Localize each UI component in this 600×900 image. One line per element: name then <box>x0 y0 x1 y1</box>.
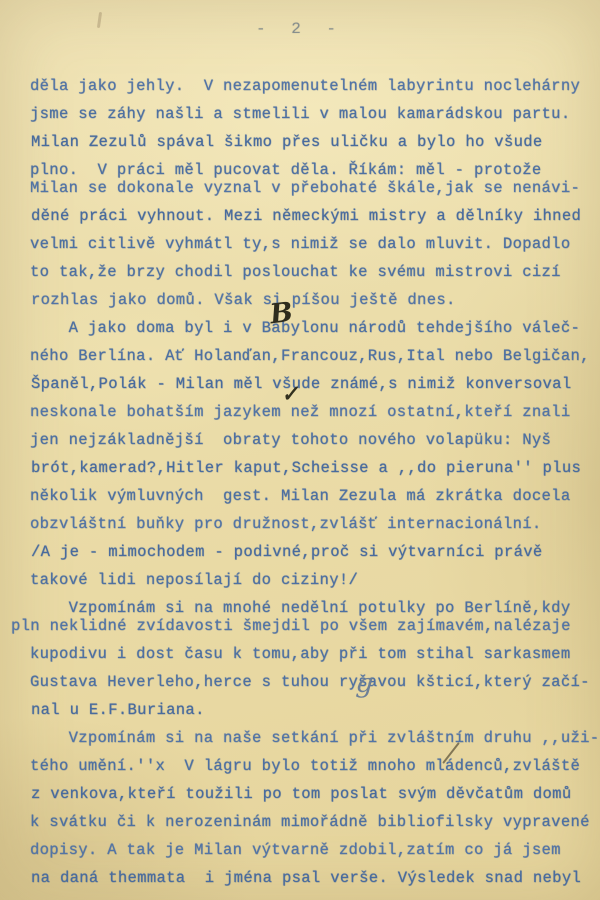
page-number: - 2 - <box>0 20 600 38</box>
text-line: na daná themmata i jména psal verše. Výs… <box>31 864 600 892</box>
text-line: ného Berlína. Ať Holanďan,Francouz,Rus,I… <box>30 342 600 370</box>
text-line: brót,kamerad?,Hitler kaput,Scheisse a ,,… <box>31 454 600 482</box>
text-line: kupodivu i dost času k tomu,aby při tom … <box>30 640 600 668</box>
text-line: k svátku či k nerozeninám mimořádně bibl… <box>30 808 600 836</box>
text-line: takové lidi neposílají do ciziny!/ <box>30 566 600 594</box>
text-line: Milan se dokonale vyznal v přebohaté šká… <box>30 174 600 202</box>
text-line: /A je - mimochodem - podivné,proč si výt… <box>31 538 600 566</box>
text-line: rozhlas jako domů. Však si píšou ještě d… <box>31 286 600 314</box>
text-line: A jako doma byl i v Babylonu národů tehd… <box>30 314 600 342</box>
text-line: velmi citlivě vyhmátl ty,s nimiž se dalo… <box>30 230 600 258</box>
text-line: neskonale bohatším jazykem než mnozí ost… <box>30 398 600 426</box>
text-line: Milan Zezulů spával šikmo přes uličku a … <box>31 128 600 156</box>
text-line: Gustava Heverleho,herce s tuhou ryšavou … <box>30 668 600 696</box>
text-line: Španěl,Polák - Milan měl všude známé,s n… <box>31 370 600 398</box>
text-line: děla jako jehly. V nezapomenutelném laby… <box>30 72 600 100</box>
text-line: tého umění.''x V lágru bylo totiž mnoho … <box>30 752 600 780</box>
text-line: Vzpomínám si na naše setkání při zvláštn… <box>30 724 600 752</box>
document-page: - 2 - děla jako jehly. V nezapomenutelné… <box>0 0 600 900</box>
text-line: pln neklidné zvídavosti šmejdil po všem … <box>11 612 600 640</box>
text-line: jsme se záhy našli a stmelili v malou ka… <box>30 100 600 128</box>
text-line: obzvláštní buňky pro družnost,zvlášť int… <box>30 510 600 538</box>
text-line: nal u E.F.Buriana. <box>31 696 600 724</box>
text-line: několik výmluvných gest. Milan Zezula má… <box>30 482 600 510</box>
typewritten-text: děla jako jehly. V nezapomenutelném laby… <box>30 72 600 892</box>
text-line: jen nejzákladnější obraty tohoto nového … <box>30 426 600 454</box>
text-line: dopisy. A tak je Milan výtvarně zdobil,z… <box>30 836 600 864</box>
text-line: z venkova,kteří toužili po tom poslat sv… <box>31 780 600 808</box>
text-line: to tak,že brzy chodil poslouchat ke svém… <box>30 258 600 286</box>
text-line: děné práci vyhnout. Mezi německými mistr… <box>31 202 600 230</box>
